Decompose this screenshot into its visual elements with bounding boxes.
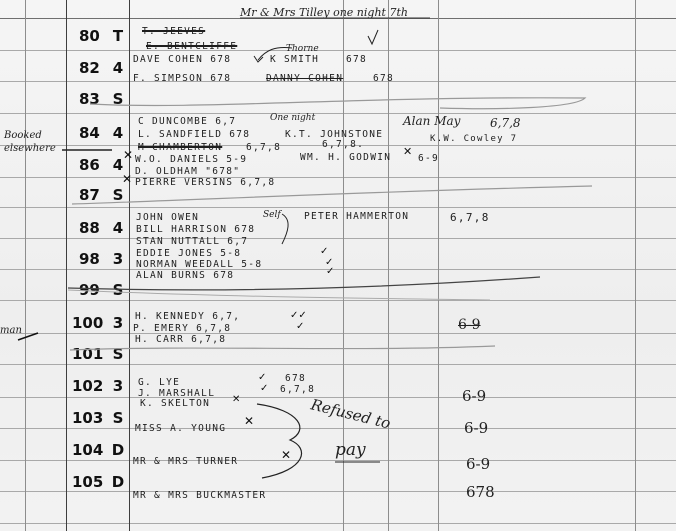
check-mark: ✓ <box>260 383 268 394</box>
rule-line <box>0 113 676 114</box>
room-type: S <box>111 345 125 363</box>
guest-entry: MR & MRS TURNER <box>133 456 238 467</box>
room-number: 103 <box>72 409 102 427</box>
check-mark: ✓ <box>296 321 304 332</box>
room-number: 84 <box>79 124 109 142</box>
room-type: 4 <box>111 219 125 237</box>
room-type: S <box>111 90 125 108</box>
guest-entry: D. OLDHAM "678" <box>135 166 240 177</box>
rule-line <box>0 364 676 365</box>
guest-entry: STAN NUTTALL 6,7 <box>136 236 248 247</box>
guest-dates: 6,7,8. <box>322 139 364 150</box>
guest-dates: 678 <box>466 483 495 501</box>
guest-entry: K SMITH <box>270 54 319 65</box>
guest-entry: EDDIE JONES 5-8 <box>136 248 241 259</box>
rule-line <box>0 397 676 398</box>
room-type: D <box>111 473 125 491</box>
guest-dates: 6,7,8 <box>490 116 521 130</box>
guest-entry: H. KENNEDY 6,7, <box>135 311 240 322</box>
guest-dates: 678 <box>346 54 367 65</box>
column-line <box>66 0 67 531</box>
room-number: 100 <box>72 314 102 332</box>
room-number: 88 <box>79 219 109 237</box>
rule-line <box>0 207 676 208</box>
guest-note: One night <box>270 113 315 123</box>
guest-entry: K. SKELTON <box>140 398 210 409</box>
room-type: 3 <box>111 314 125 332</box>
room-type: S <box>111 281 125 299</box>
guest-dates: 6,7,8 <box>280 384 315 395</box>
guest-entry: G. LYE <box>138 377 180 388</box>
guest-entry: F. SIMPSON 678 <box>133 73 231 84</box>
guest-dates: 6-9 <box>418 153 439 164</box>
guest-entry: Alan May <box>403 114 460 128</box>
margin-note-booked-elsewhere: Booked elsewhere <box>4 129 64 155</box>
dates-struck: 6-9 <box>458 317 481 333</box>
room-number: 101 <box>72 345 102 363</box>
guest-entry: W.O. DANIELS 5-9 <box>135 154 247 165</box>
guest-entry: P. EMERY 6,7,8 <box>133 323 231 334</box>
guest-entry: MR & MRS BUCKMASTER <box>133 490 266 501</box>
cross-mark: ✕ <box>244 414 254 428</box>
guest-entry: DANNY COHEN <box>266 73 343 84</box>
guest-entry: JOHN OWEN <box>136 212 199 223</box>
room-type: S <box>111 409 125 427</box>
room-number: 104 <box>72 441 102 459</box>
check-mark: ✓ <box>258 372 266 383</box>
guest-entry: C DUNCOMBE 6,7 <box>138 116 236 127</box>
rule-line <box>0 300 676 301</box>
column-line <box>438 0 439 531</box>
column-line <box>635 0 636 531</box>
rule-line <box>0 238 676 239</box>
cross-mark: ✕ <box>122 172 132 186</box>
cross-mark: ✕ <box>281 448 291 462</box>
room-number: 86 <box>79 156 109 174</box>
guest-entry: MISS A. YOUNG <box>135 423 226 434</box>
guest-dates: 6-9 <box>462 387 486 405</box>
room-type: T <box>111 27 125 45</box>
guest-dates: 6-9 <box>466 455 490 473</box>
header-note: Mr & Mrs Tilley one night 7th <box>240 6 408 19</box>
rule-line <box>0 50 676 51</box>
guest-note: Self <box>263 210 281 220</box>
room-number: 83 <box>79 90 109 108</box>
column-line <box>129 0 130 531</box>
room-number: 80 <box>79 27 109 45</box>
guest-entry: BILL HARRISON 678 <box>136 224 255 235</box>
rule-line <box>0 491 676 492</box>
check-mark: ✓ <box>326 266 334 277</box>
column-line <box>25 0 26 531</box>
rule-line <box>0 460 676 461</box>
cross-mark: ✕ <box>123 148 133 162</box>
guest-dates: 6-9 <box>464 419 488 437</box>
cross-mark: ✕ <box>232 394 240 405</box>
guest-dates: 678 <box>373 73 394 84</box>
room-type: 4 <box>111 124 125 142</box>
guest-entry: PETER HAMMERTON <box>304 211 409 222</box>
room-type: 3 <box>111 377 125 395</box>
rule-line <box>0 523 676 524</box>
rule-line <box>0 428 676 429</box>
ledger-page: 80 T 82 4 83 S 84 4 86 4 87 S 88 4 98 3 … <box>0 0 676 531</box>
guest-dates: 6,7,8 <box>246 142 281 153</box>
check-mark: ✓✓ <box>290 310 307 321</box>
guest-entry: H. CARR 6,7,8 <box>135 334 226 345</box>
guest-entry: WM. H. GODWIN <box>300 152 391 163</box>
room-type: D <box>111 441 125 459</box>
rule-line <box>0 333 676 334</box>
guest-entry-struck: E. BENTCLIFFE <box>146 41 237 52</box>
guest-dates: 6,7,8 <box>450 211 490 224</box>
check-mark: ✓ <box>320 246 328 257</box>
rule-line <box>0 269 676 270</box>
room-type: S <box>111 186 125 204</box>
room-number: 82 <box>79 59 109 77</box>
guest-dates: 678 <box>285 373 306 384</box>
guest-entry: L. SANDFIELD 678 <box>138 129 250 140</box>
guest-entry: DAVE COHEN 678 <box>133 54 231 65</box>
rule-line <box>0 177 676 178</box>
guest-entry: K.W. Cowley 7 <box>430 134 517 144</box>
room-number: 99 <box>79 281 109 299</box>
refused-note: pay <box>335 440 366 460</box>
guest-entry: ALAN BURNS 678 <box>136 270 234 281</box>
guest-entry: PIERRE VERSINS 6,7,8 <box>135 177 275 188</box>
room-number: 87 <box>79 186 109 204</box>
room-number: 105 <box>72 473 102 491</box>
cross-mark: ✕ <box>403 145 412 158</box>
guest-entry-struck: M CHAMBERTON <box>138 142 222 153</box>
guest-entry-struck: T. JEEVES <box>142 26 205 37</box>
room-number: 102 <box>72 377 102 395</box>
room-number: 98 <box>79 250 109 268</box>
room-type: 3 <box>111 250 125 268</box>
room-type: 4 <box>111 59 125 77</box>
guest-note: Thorne <box>286 44 319 54</box>
guest-entry: NORMAN WEEDALL 5-8 <box>136 259 262 270</box>
margin-note-partial: man <box>0 325 22 336</box>
refused-note: Refused to <box>309 395 392 432</box>
